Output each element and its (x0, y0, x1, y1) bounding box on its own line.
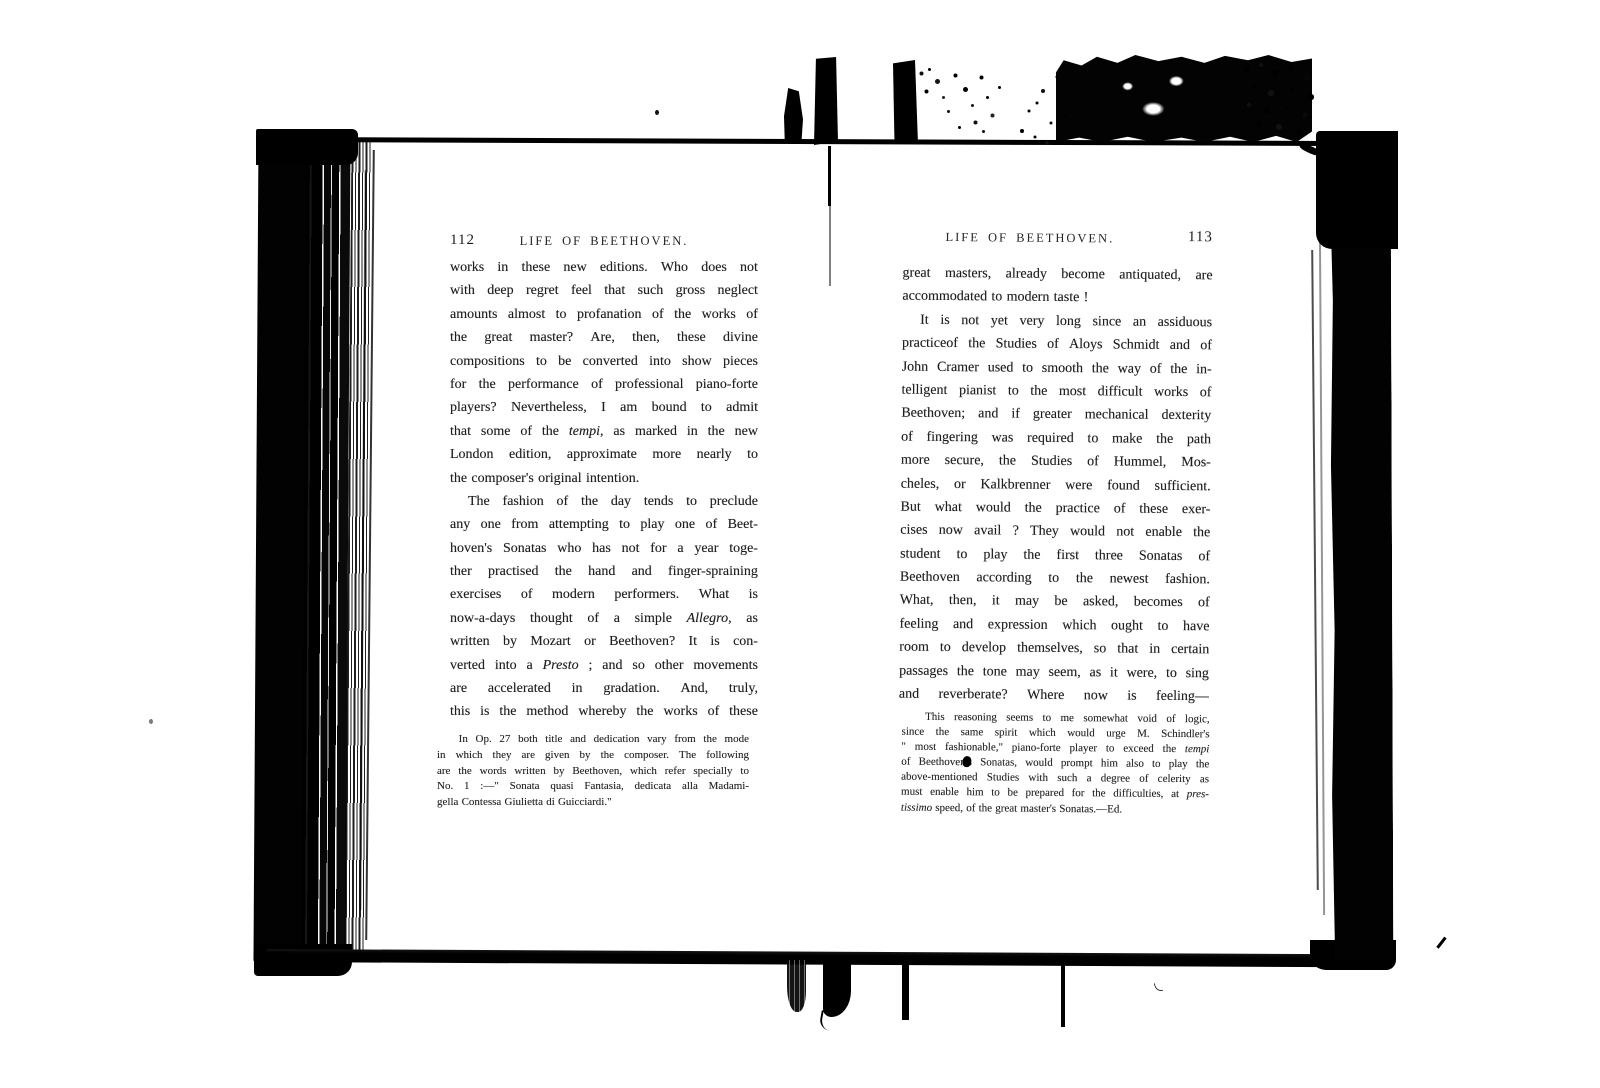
top-left-corner-ink (256, 129, 358, 165)
text-line: No.1:—"SonataquasiFantasia,dedicataallaM… (437, 780, 749, 796)
top-ink-blot-bar-2 (893, 60, 918, 144)
text-line: thisisthemethodwherebytheworksofthese (450, 704, 758, 727)
bottom-ink-drip-solid (823, 957, 851, 1017)
right-page: LIFE OF BEETHOVEN. 113 greatmasters,alre… (898, 225, 1225, 848)
text-line: inwhichtheyaregivenbythecomposer.Thefoll… (437, 749, 749, 765)
text-line: Beethoven;andifgreatermechanicaldexterit… (901, 406, 1211, 432)
text-line: thecomposer'soriginalintention. (450, 471, 758, 494)
top-ink-blot-small (784, 88, 803, 142)
left-running-title: LIFE OF BEETHOVEN. (450, 234, 758, 249)
bottom-ink-drip-tail (818, 1010, 832, 1031)
text-line: moresecure,theStudiesofHummel,Mos- (901, 453, 1211, 479)
spine-crease-line (828, 146, 831, 206)
text-line: JohnCramerusedtosmooththewayofthein- (902, 359, 1212, 385)
text-line: Beethovenaccordingtothenewestfashion. (900, 570, 1210, 596)
stray-tick-mark (1436, 937, 1446, 949)
text-line: cisesnowavail?Theywouldnotenablethe (900, 523, 1210, 549)
top-ink-blot-bar (814, 57, 838, 145)
stray-speck-left-margin (149, 719, 153, 724)
text-line: exercisesofmodernperformers.Whatis (450, 587, 758, 610)
right-page-block-edge (1329, 136, 1394, 960)
text-line: accommodatedtomoderntaste! (902, 289, 1212, 315)
text-line: Itisnotyetverylongsinceanassiduous (902, 312, 1212, 338)
text-line: andreverberate?Wherenowisfeeling— (899, 687, 1209, 713)
left-page-block-edge (253, 133, 350, 962)
left-page-header: 112 LIFE OF BEETHOVEN. (450, 231, 758, 251)
text-line: feelingandexpressionwhichoughttohave (899, 616, 1209, 642)
text-line: worksintheseneweditions.Whodoesnot (450, 260, 758, 283)
text-line: withdeepregretfeelthatsuchgrossneglect (450, 283, 758, 306)
right-page-number: 113 (1188, 229, 1213, 246)
top-right-corner-ink (1316, 131, 1398, 249)
right-page-footnote: Thisreasoningseemstomesomewhatvoidoflogi… (901, 711, 1210, 819)
bottom-ink-drip-line (902, 960, 909, 1020)
top-ink-mass (1056, 55, 1312, 142)
text-line: What,then,itmaybeasked,becomesof (900, 593, 1210, 619)
text-line: tissimospeed,ofthegreatmaster'sSonatas.—… (901, 801, 1209, 819)
text-line: thatsomeofthetempi,asmarkedinthenew (450, 424, 758, 447)
text-line: anyonefromattemptingtoplayoneofBeet- (450, 517, 758, 540)
text-line: passagesthetonemayseem,asitwere,tosing (899, 663, 1209, 689)
text-line: therpractisedthehandandfinger-spraining (450, 564, 758, 587)
text-line: now-a-daysthoughtofasimpleAllegro,as (450, 611, 758, 634)
text-line: amountsalmosttoprofanationoftheworksof (450, 307, 758, 330)
ink-speckles (916, 66, 919, 69)
text-line: thegreatmaster?Are,then,thesedivine (450, 330, 758, 353)
text-line: areacceleratedingradation.And,truly, (450, 681, 758, 704)
text-line: hoven'sSonataswhohasnotforayeartoge- (450, 541, 758, 564)
scanned-book-spread: 112 LIFE OF BEETHOVEN. worksinthesenewed… (0, 0, 1600, 1088)
text-line: InOp.27bothtitleanddedicationvaryfromthe… (437, 733, 749, 749)
right-page-body: greatmasters,alreadybecomeantiquated,are… (899, 266, 1213, 713)
text-line: roomtodevelopthemselves,sothatincertain (899, 640, 1209, 666)
text-line: fortheperformanceofprofessionalpiano-for… (450, 377, 758, 400)
right-leaf-hairline (1311, 250, 1319, 890)
text-line: vertedintoaPresto;andsoothermovements (450, 658, 758, 681)
right-leaf-hairline-2 (1319, 225, 1325, 915)
right-running-title: LIFE OF BEETHOVEN. (903, 230, 1157, 247)
spine-crease-line-faint (829, 206, 831, 286)
footnote-ink-blot (962, 756, 971, 767)
ink-speckles-3 (1240, 60, 1242, 62)
bottom-ink-drip-textured (787, 960, 806, 1012)
right-page-header: LIFE OF BEETHOVEN. 113 (903, 227, 1213, 250)
text-line: writtenbyMozartorBeethoven?Itiscon- (450, 634, 758, 657)
left-page-body: worksintheseneweditions.Whodoesnotwithde… (450, 260, 758, 728)
text-line: Londonedition,approximatemorenearlyto (450, 447, 758, 470)
stray-speck (655, 110, 659, 115)
text-line: practiceoftheStudiesofAloysSchmidtandof (902, 336, 1212, 362)
text-line: studenttoplaythefirstthreeSonatasof (900, 546, 1210, 572)
text-line: players?Nevertheless,Iamboundtoadmit (450, 400, 758, 423)
text-line: cheles,orKalkbrennerwerefoundsufficient. (901, 476, 1211, 502)
bottom-ink-drip-thin (1061, 960, 1065, 1027)
text-line: greatmasters,alreadybecomeantiquated,are (902, 266, 1212, 292)
text-line: Butwhatwouldthepracticeoftheseexer- (900, 499, 1210, 525)
text-line: gellaContessaGiuliettadiGuicciardi." (437, 796, 749, 812)
text-line: telligentpianisttothemostdifficultworkso… (901, 383, 1211, 409)
text-line: compositionstobeconvertedintoshowpieces (450, 354, 758, 377)
text-line: Thefashionofthedaytendstopreclude (450, 494, 758, 517)
text-line: arethewordswrittenbyBeethoven,whichrefer… (437, 765, 749, 781)
stray-curl-mark (1154, 981, 1164, 993)
text-line: offingeringwasrequiredtomakethepath (901, 429, 1211, 455)
left-page-footnote: InOp.27bothtitleanddedicationvaryfromthe… (437, 733, 749, 812)
ink-speckles-2 (1016, 72, 1018, 74)
